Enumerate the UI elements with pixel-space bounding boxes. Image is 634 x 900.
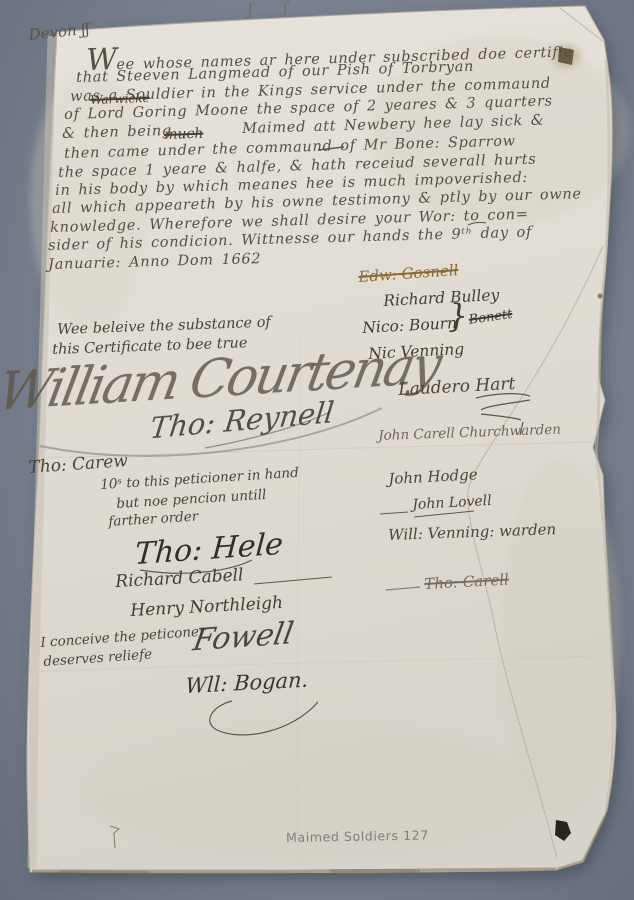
photographed-manuscript: ʃ ʃ Devon ʃʃ Wee whose names ar here und… [0, 0, 634, 900]
interlined-deletion: Warwicke [90, 92, 150, 106]
signature-hele: Tho: Hele [134, 530, 284, 571]
signature-cabell: Richard Cabell [115, 567, 244, 591]
signature-northleigh: Henry Northleigh [130, 595, 283, 620]
signature-hodge: John Hodge [388, 467, 478, 487]
relief-note-line: deserves reliefe [43, 648, 153, 669]
archive-note: Maimed Soldiers 127 [286, 830, 429, 845]
signature-bonett: Bonett [468, 308, 513, 327]
attestation-line: Wee beleive the substance of [57, 316, 271, 338]
signature-gosnell: Edw: Gosnell [358, 263, 459, 285]
signature-bulley: Richard Bulley [383, 288, 500, 310]
signature-carell-struck: Tho: Carell [424, 573, 509, 592]
deleted-word: much [164, 127, 204, 142]
signature-venning-warden: Will: Venning: warden [388, 522, 556, 543]
signature-carew: Tho: Carew [28, 453, 128, 477]
signature-carell-churchwarden: John Carell Churchwarden [378, 424, 561, 444]
manuscript-text-layer: ʃ ʃ Devon ʃʃ Wee whose names ar here und… [0, 0, 634, 900]
county-heading: Devon ʃʃ [28, 22, 90, 43]
award-note-line: 10ˢ to this peticioner in hand [100, 467, 299, 493]
signature-bogan: Wll: Bogan. [185, 670, 309, 698]
relief-note-line: I conceive the peticoner [40, 625, 206, 650]
award-note-line: farther order [108, 511, 199, 530]
signature-brace: } [447, 299, 468, 332]
body-line: Januarie: Anno Dom 1662 [48, 252, 261, 272]
signature-lovell: John Lovell [412, 494, 492, 512]
folio-marks: ʃ ʃ [248, 0, 288, 18]
signature-bourn: Nico: Bourn [362, 316, 457, 336]
signature-hart: Laudero Hart [398, 376, 516, 399]
signature-fowell: Fowell [191, 619, 296, 656]
